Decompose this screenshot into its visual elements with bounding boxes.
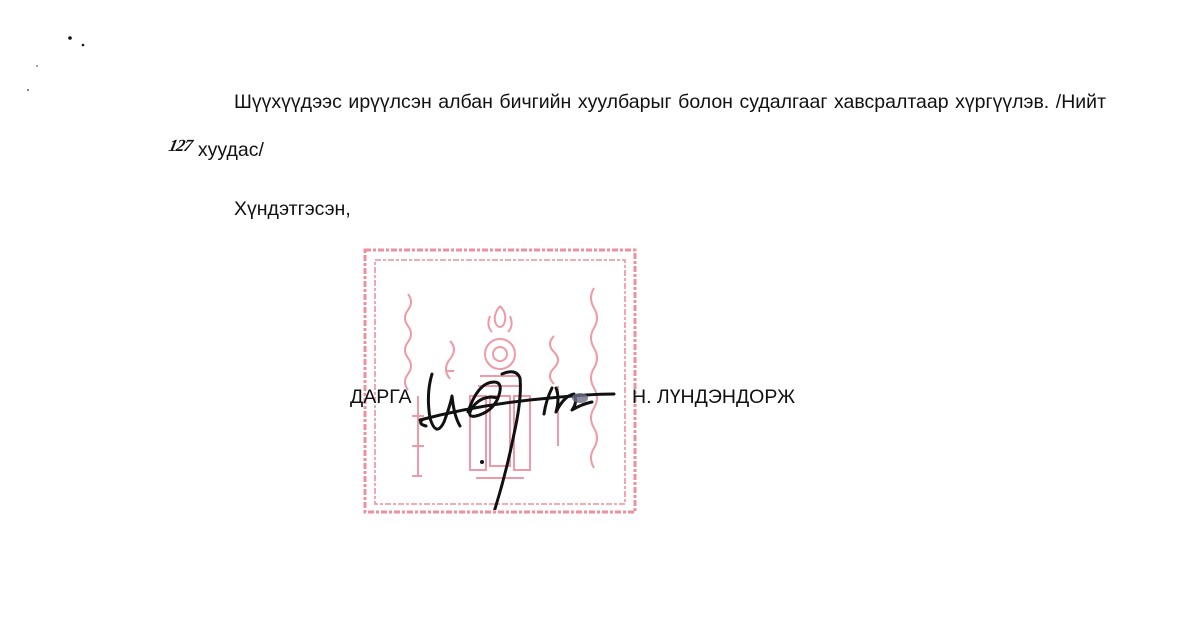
handwritten-page-count: 127 [164, 122, 197, 170]
closing-salutation: Хүндэтгэсэн, [234, 198, 351, 221]
body-text-end: хуудас/ [193, 139, 264, 161]
handwritten-signature [410, 360, 640, 510]
body-paragraph: Шүүхүүдээс ирүүлсэн албан бичгийн хуулба… [168, 78, 1106, 175]
signatory-title: ДАРГА [350, 386, 411, 409]
scan-specks [0, 0, 120, 100]
body-text-start: Шүүхүүдээс ирүүлсэн албан бичгийн хуулба… [234, 91, 1106, 113]
signatory-name: Н. ЛҮНДЭНДОРЖ [632, 386, 795, 409]
